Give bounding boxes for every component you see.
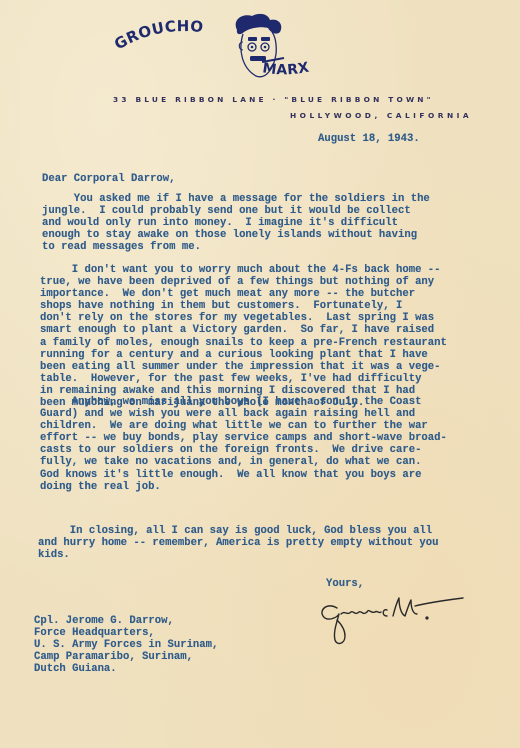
- groucho-caricature-icon: GROUCHO MARX: [110, 10, 370, 90]
- svg-text:GROUCHO: GROUCHO: [111, 17, 204, 53]
- letter-page: GROUCHO MARX: [0, 0, 520, 748]
- letter-paragraph: Anyhow, we miss all you boys (I have a s…: [40, 396, 447, 493]
- letter-salutation: Dear Corporal Darrow,: [42, 173, 176, 185]
- letter-paragraph: I don't want you to worry much about the…: [40, 264, 447, 409]
- letterhead-name-first: GROUCHO: [111, 17, 204, 53]
- letterhead: GROUCHO MARX: [0, 0, 520, 125]
- letter-paragraph: You asked me if I have a message for the…: [42, 193, 430, 253]
- letter-paragraph: In closing, all I can say is good luck, …: [38, 525, 439, 561]
- handwritten-signature-icon: [315, 588, 475, 648]
- letter-date: August 18, 1943.: [318, 133, 420, 145]
- letterhead-address: 33 BLUE RIBBON LANE · "BLUE RIBBON TOWN": [113, 95, 498, 104]
- recipient-address: Cpl. Jerome G. Darrow, Force Headquarter…: [34, 615, 218, 675]
- svg-text:MARX: MARX: [261, 60, 310, 79]
- letterhead-city: HOLLYWOOD, CALIFORNIA: [290, 111, 472, 120]
- letterhead-name-last: MARX: [261, 60, 310, 79]
